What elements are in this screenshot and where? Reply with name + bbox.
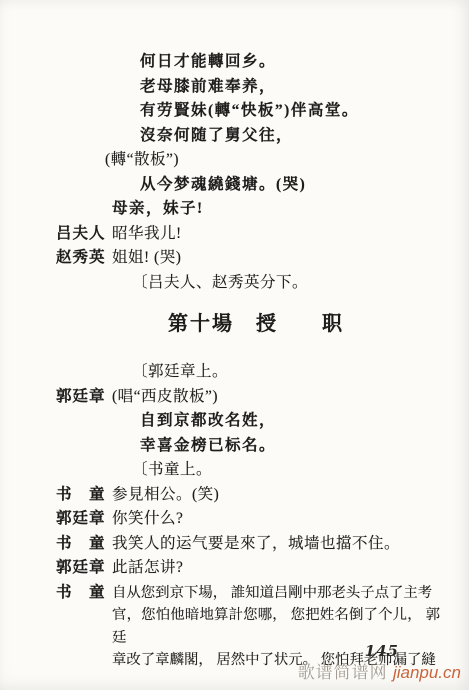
dialogue-line: 郭廷章(唱“西皮散板”): [56, 385, 440, 410]
dialogue-text: 你笑什么?: [112, 507, 440, 532]
speaker-name: 赵秀英: [56, 246, 112, 271]
lyric-line: 何日才能轉回乡。: [140, 50, 440, 75]
stage-direction-line: 〔郭廷章上。: [132, 360, 440, 385]
lyric-line: 老母膝前难奉养，: [140, 75, 440, 100]
scene-title: 第十場 授 职: [168, 309, 440, 339]
dialogue-line: 书 童我笑人的运气要是來了，城墙也擋不住。: [56, 532, 440, 557]
speaker-name: 郭廷章: [56, 507, 112, 532]
dialogue-line: 郭廷章此話怎讲?: [56, 556, 440, 581]
dialogue-line: 郭廷章你笑什么?: [56, 507, 440, 532]
stage-note-line: (轉“散板”): [105, 148, 440, 173]
speaker-name: 郭廷章: [56, 556, 112, 581]
dialogue-text: 昭华我儿!: [112, 222, 440, 247]
speaker-name: 书 童: [56, 532, 112, 557]
speaker-name: 郭廷章: [56, 385, 112, 410]
dialogue-text: (唱“西皮散板”): [112, 385, 440, 410]
lyric-line: 从今梦魂繞錢塘。(哭): [140, 173, 440, 198]
dialogue-line: 吕夫人昭华我儿!: [56, 222, 440, 247]
speaker-name: 书 童: [56, 581, 112, 672]
dialogue-text: 我笑人的运气要是來了，城墙也擋不住。: [112, 532, 440, 557]
dialogue-text: 参見相公。(笑): [112, 483, 440, 508]
watermark-site-url: jianpu.cn: [393, 663, 461, 682]
dialogue-line: 赵秀英姐姐! (哭): [56, 246, 440, 271]
aria-call-line: 母亲，妹子!: [112, 197, 440, 222]
lyric-line: 沒奈何随了舅父往，: [140, 124, 440, 149]
stage-direction-line: 〔书童上。: [132, 458, 440, 483]
script-page: 何日才能轉回乡。老母膝前难奉养，有劳賢妹(轉“快板”)伴高堂。沒奈何随了舅父往，…: [0, 0, 469, 690]
speaker-name: 书 童: [56, 483, 112, 508]
lyric-line: 自到京都改名姓，: [140, 409, 440, 434]
lyric-line: 幸喜金榜已标名。: [140, 434, 440, 459]
speaker-name: 吕夫人: [56, 222, 112, 247]
watermark-site-name: 歌谱简谱网: [298, 663, 393, 682]
script-content: 何日才能轉回乡。老母膝前难奉养，有劳賢妹(轉“快板”)伴高堂。沒奈何随了舅父往，…: [0, 0, 469, 672]
dialogue-text: 此話怎讲?: [112, 556, 440, 581]
dialogue-line: 书 童参見相公。(笑): [56, 483, 440, 508]
lyric-line: 有劳賢妹(轉“快板”)伴高堂。: [140, 99, 440, 124]
watermark: 歌谱简谱网 jianpu.cn: [298, 658, 461, 683]
dialogue-text: 姐姐! (哭): [112, 246, 440, 271]
stage-direction-line: 〔吕夫人、赵秀英分下。: [132, 271, 440, 296]
